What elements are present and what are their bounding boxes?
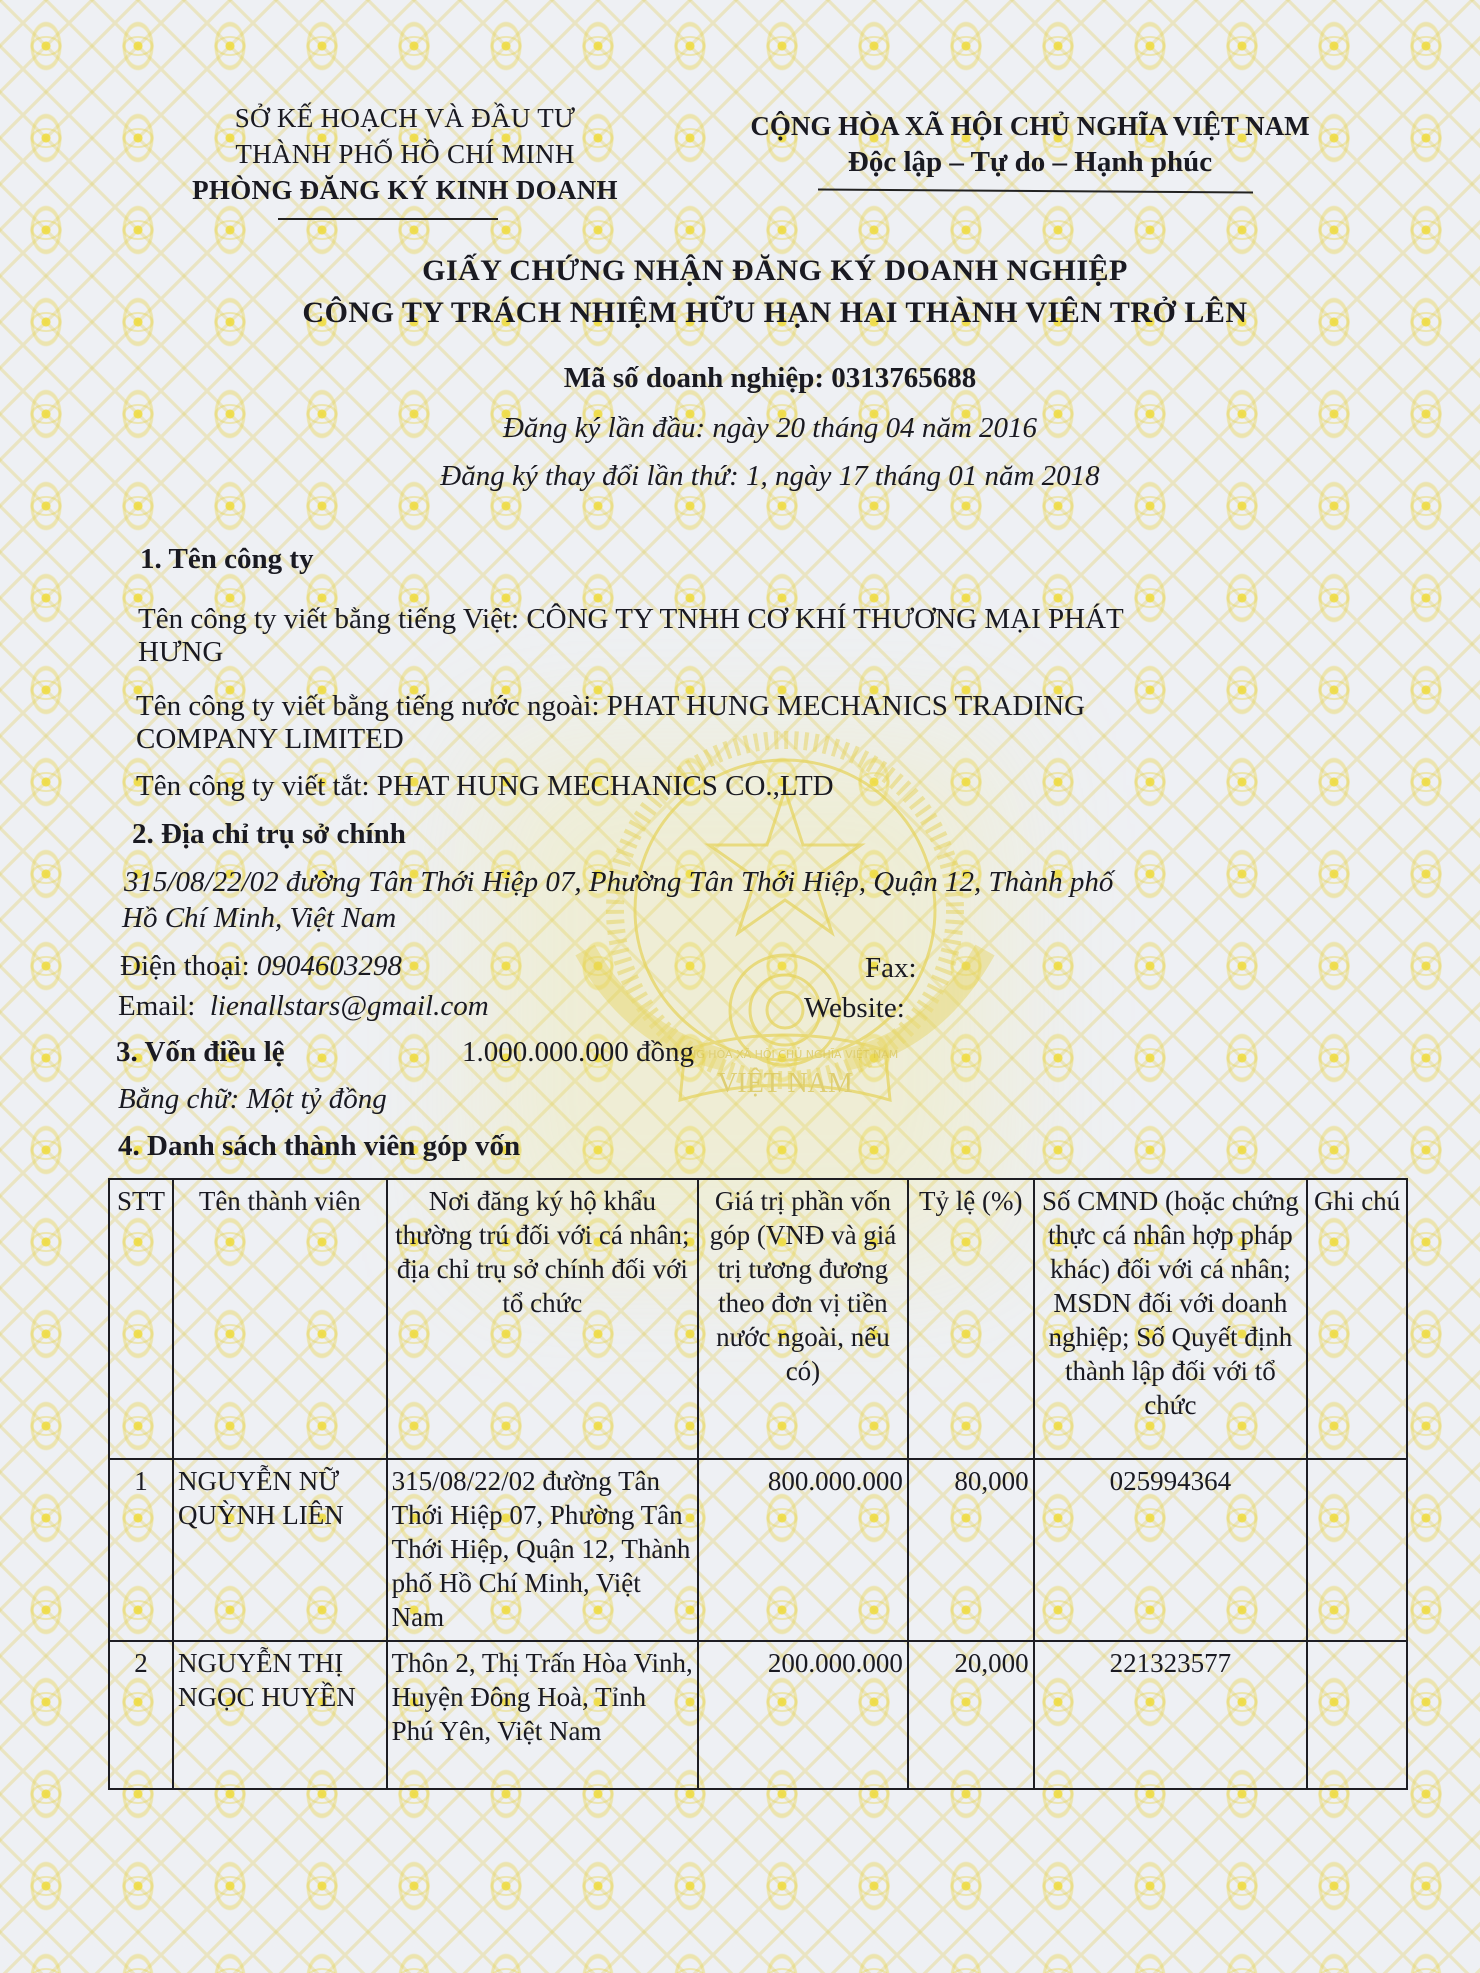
table-header-row: STT Tên thành viên Nơi đăng ký hộ khẩu t…: [109, 1179, 1407, 1459]
column-header-ratio: Tỷ lệ (%): [908, 1179, 1034, 1459]
member-name: NGUYỄN THỊ NGỌC HUYỀN: [173, 1641, 387, 1789]
website-label: Website:: [804, 992, 905, 1025]
table-row: 1 NGUYỄN NỮ QUỲNH LIÊN 315/08/22/02 đườn…: [109, 1459, 1407, 1641]
column-header-stt: STT: [109, 1179, 173, 1459]
short-name: Tên công ty viết tắt: PHAT HUNG MECHANIC…: [136, 770, 834, 803]
fax-label: Fax:: [865, 952, 917, 985]
members-table: STT Tên thành viên Nơi đăng ký hộ khẩu t…: [108, 1178, 1408, 1790]
section-1-heading: 1. Tên công ty: [140, 543, 313, 576]
issuing-authority: SỞ KẾ HOẠCH VÀ ĐẦU TƯ THÀNH PHỐ HỒ CHÍ M…: [160, 100, 650, 208]
member-address: Thôn 2, Thị Trấn Hòa Vinh, Huyện Đông Ho…: [387, 1641, 698, 1789]
section-4-heading: 4. Danh sách thành viên góp vốn: [118, 1130, 520, 1163]
national-motto: Độc lập – Tự do – Hạnh phúc: [720, 144, 1340, 180]
foreign-name-line-1: Tên công ty viết bằng tiếng nước ngoài: …: [136, 690, 1085, 723]
member-capital: 200.000.000: [698, 1641, 908, 1789]
member-name: NGUYỄN NỮ QUỲNH LIÊN: [173, 1459, 387, 1641]
column-header-capital-value: Giá trị phần vốn góp (VNĐ và giá trị tươ…: [698, 1179, 908, 1459]
charter-capital-amount: 1.000.000.000 đồng: [462, 1036, 694, 1069]
authority-city: THÀNH PHỐ HỒ CHÍ MINH: [160, 136, 650, 172]
member-ratio: 20,000: [908, 1641, 1034, 1789]
member-stt: 2: [109, 1641, 173, 1789]
member-id-number: 025994364: [1034, 1459, 1307, 1641]
certificate-document: SỞ KẾ HOẠCH VÀ ĐẦU TƯ THÀNH PHỐ HỒ CHÍ M…: [0, 0, 1480, 1973]
head-office-address-line-1: 315/08/22/02 đường Tân Thới Hiệp 07, Phư…: [124, 866, 1113, 899]
column-header-id-number: Số CMND (hoặc chứng thực cá nhân hợp phá…: [1034, 1179, 1307, 1459]
member-address: 315/08/22/02 đường Tân Thới Hiệp 07, Phư…: [387, 1459, 698, 1641]
member-capital: 800.000.000: [698, 1459, 908, 1641]
member-stt: 1: [109, 1459, 173, 1641]
email-field: Email: lienallstars@gmail.com: [118, 990, 489, 1023]
title-line-1: GIẤY CHỨNG NHẬN ĐĂNG KÝ DOANH NGHIỆP: [200, 250, 1350, 292]
national-motto-block: CỘNG HÒA XÃ HỘI CHỦ NGHĨA VIỆT NAM Độc l…: [720, 108, 1340, 180]
motto-underline: [818, 188, 1253, 193]
email-value: lienallstars@gmail.com: [210, 990, 489, 1022]
member-ratio: 80,000: [908, 1459, 1034, 1641]
vietnamese-name-line-1: Tên công ty viết bằng tiếng Việt: CÔNG T…: [138, 603, 1124, 636]
head-office-address-line-2: Hồ Chí Minh, Việt Nam: [122, 902, 396, 935]
column-header-member-name: Tên thành viên: [173, 1179, 387, 1459]
vietnamese-name-line-2: HƯNG: [138, 636, 223, 669]
phone-field: Điện thoại: 0904603298: [120, 950, 402, 983]
section-3-heading: 3. Vốn điều lệ: [116, 1036, 285, 1069]
enterprise-code: Mã số doanh nghiệp: 0313765688: [340, 362, 1200, 395]
table-row: 2 NGUYỄN THỊ NGỌC HUYỀN Thôn 2, Thị Trấn…: [109, 1641, 1407, 1789]
column-header-address: Nơi đăng ký hộ khẩu thường trú đối với c…: [387, 1179, 698, 1459]
charter-capital-in-words: Bằng chữ: Một tỷ đồng: [118, 1083, 387, 1116]
email-label: Email:: [118, 990, 195, 1022]
column-header-note: Ghi chú: [1307, 1179, 1407, 1459]
section-2-heading: 2. Địa chỉ trụ sở chính: [132, 818, 406, 851]
member-note: [1307, 1459, 1407, 1641]
first-registration-date: Đăng ký lần đầu: ngày 20 tháng 04 năm 20…: [340, 412, 1200, 445]
authority-department: SỞ KẾ HOẠCH VÀ ĐẦU TƯ: [160, 100, 650, 136]
foreign-name-line-2: COMPANY LIMITED: [136, 723, 404, 756]
member-id-number: 221323577: [1034, 1641, 1307, 1789]
authority-office: PHÒNG ĐĂNG KÝ KINH DOANH: [160, 172, 650, 208]
member-note: [1307, 1641, 1407, 1789]
authority-underline: [278, 218, 498, 220]
country-name: CỘNG HÒA XÃ HỘI CHỦ NGHĨA VIỆT NAM: [720, 108, 1340, 144]
amendment-date: Đăng ký thay đổi lần thứ: 1, ngày 17 thá…: [340, 460, 1200, 493]
document-title: GIẤY CHỨNG NHẬN ĐĂNG KÝ DOANH NGHIỆP CÔN…: [200, 250, 1350, 334]
phone-value: 0904603298: [257, 950, 402, 982]
phone-label: Điện thoại:: [120, 950, 250, 982]
title-line-2: CÔNG TY TRÁCH NHIỆM HỮU HẠN HAI THÀNH VI…: [200, 292, 1350, 334]
